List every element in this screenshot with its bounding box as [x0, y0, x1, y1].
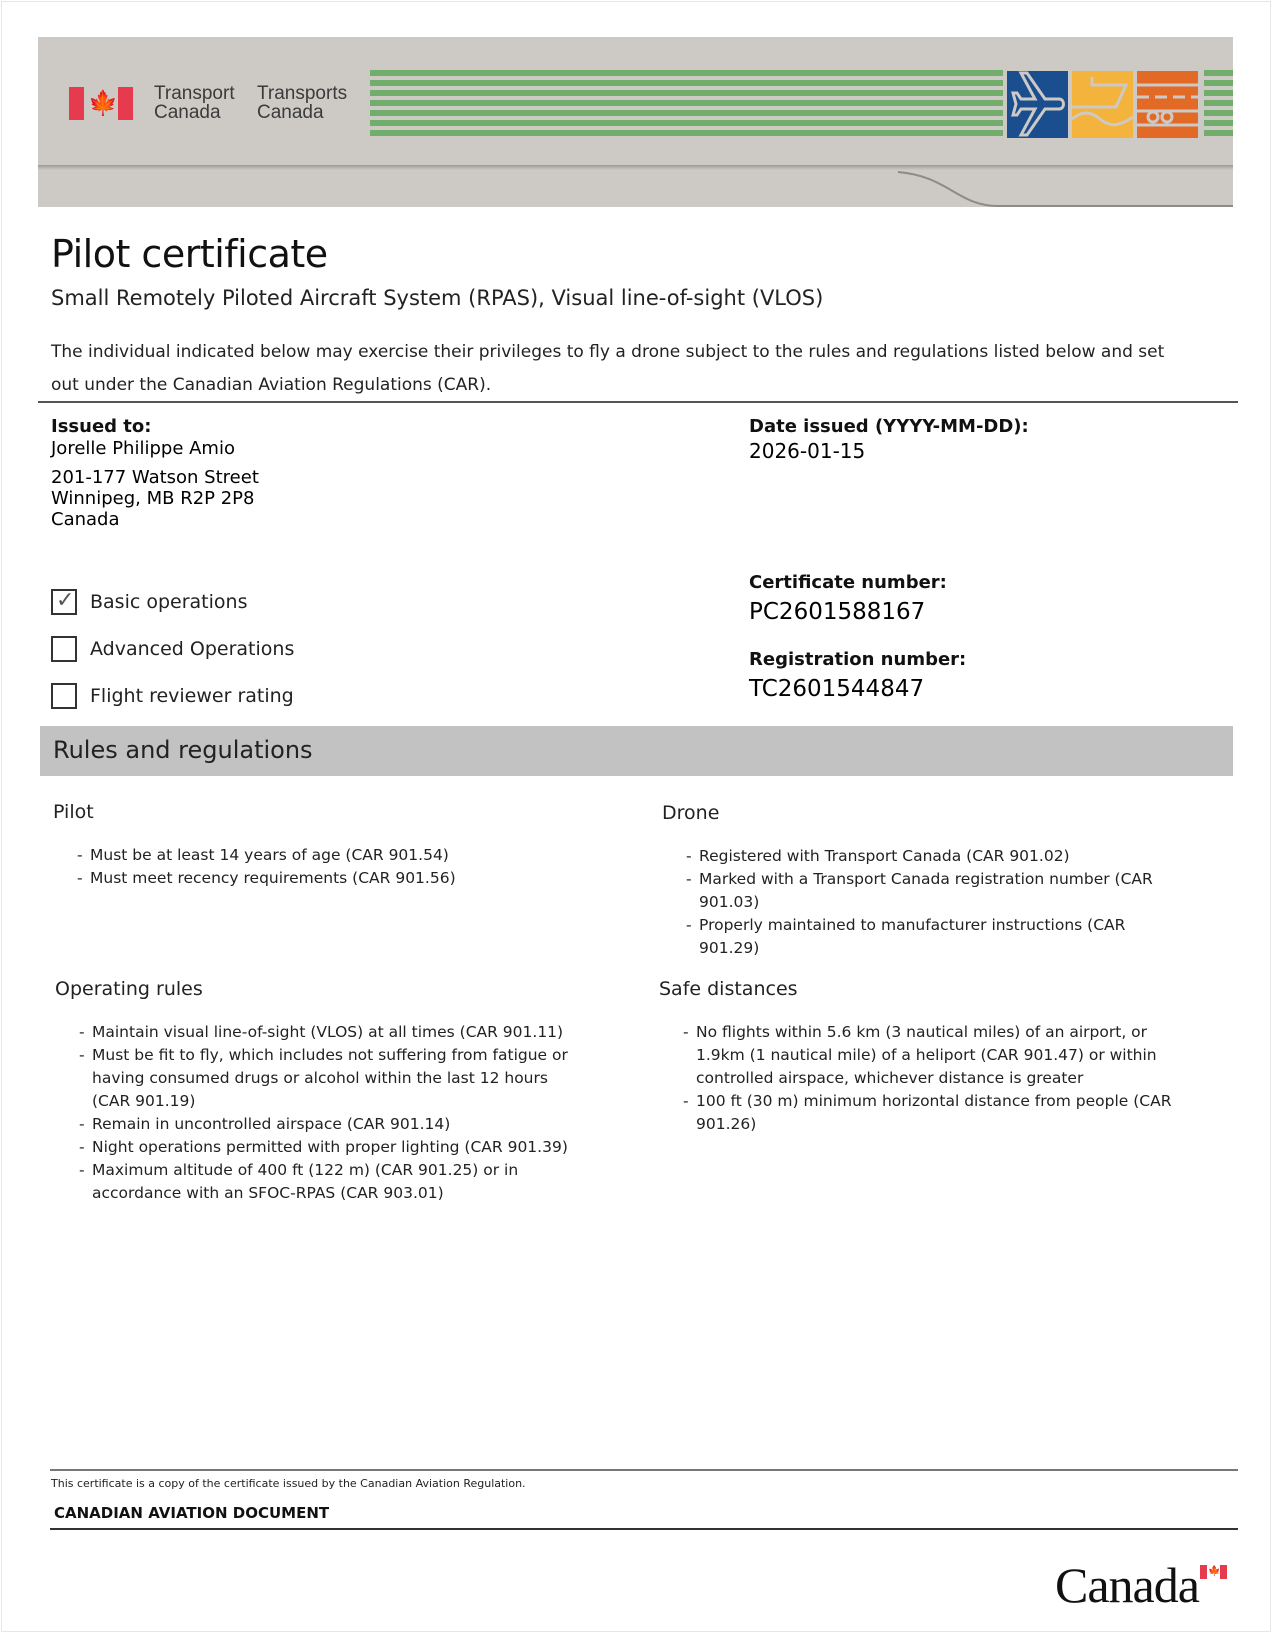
- checkbox[interactable]: [51, 636, 77, 662]
- checkbox-basic-operations[interactable]: ✓ Basic operations: [51, 578, 294, 625]
- operations-checklist: ✓ Basic operations Advanced Operations F…: [51, 578, 294, 719]
- registration-number-label: Registration number:: [749, 649, 966, 671]
- certificate-number-label: Certificate number:: [749, 572, 947, 594]
- canada-flag-icon: 🍁: [69, 87, 133, 120]
- list-item: Night operations permitted with proper l…: [55, 1136, 575, 1159]
- page-subtitle: Small Remotely Piloted Aircraft System (…: [51, 285, 823, 311]
- intro-paragraph: The individual indicated below may exerc…: [51, 336, 1191, 402]
- holder-name: Jorelle Philippe Amio: [51, 438, 259, 459]
- date-issued-value: 2026-01-15: [749, 439, 1029, 463]
- list-item: Maintain visual line-of-sight (VLOS) at …: [55, 1021, 575, 1044]
- checkmark-icon: ✓: [56, 588, 74, 614]
- issued-to-label: Issued to:: [51, 416, 259, 438]
- section-heading: Safe distances: [659, 977, 1179, 1001]
- ship-icon: [1072, 71, 1133, 138]
- section-drone: Drone Registered with Transport Canada (…: [662, 801, 1182, 960]
- airplane-icon: [1007, 71, 1068, 138]
- section-heading: Operating rules: [55, 977, 575, 1001]
- green-stripes-right: [1204, 70, 1233, 140]
- rule-list: Registered with Transport Canada (CAR 90…: [662, 845, 1182, 960]
- list-item: Remain in uncontrolled airspace (CAR 901…: [55, 1113, 575, 1136]
- issued-to-block: Issued to: Jorelle Philippe Amio 201-177…: [51, 416, 259, 530]
- holder-address: 201-177 Watson Street Winnipeg, MB R2P 2…: [51, 467, 259, 530]
- rule-list: Maintain visual line-of-sight (VLOS) at …: [55, 1021, 575, 1205]
- document-type: CANADIAN AVIATION DOCUMENT: [54, 1503, 329, 1523]
- list-item: Registered with Transport Canada (CAR 90…: [662, 845, 1182, 868]
- list-item: Properly maintained to manufacturer inst…: [662, 914, 1182, 960]
- section-heading: Drone: [662, 801, 1182, 825]
- green-stripes: [370, 70, 1003, 140]
- section-pilot: Pilot Must be at least 14 years of age (…: [53, 800, 573, 890]
- divider: [38, 401, 1238, 403]
- rule-list: No flights within 5.6 km (3 nautical mil…: [659, 1021, 1179, 1136]
- banner-curve: [38, 170, 1233, 210]
- list-item: Maximum altitude of 400 ft (122 m) (CAR …: [55, 1159, 575, 1205]
- footer-divider-bottom: [50, 1528, 1238, 1530]
- list-item: No flights within 5.6 km (3 nautical mil…: [659, 1021, 1179, 1090]
- checkbox-flight-reviewer-rating[interactable]: Flight reviewer rating: [51, 672, 294, 719]
- department-name-en: Transport Canada: [154, 84, 235, 122]
- department-name-fr: Transports Canada: [257, 84, 347, 122]
- section-heading: Pilot: [53, 800, 573, 824]
- train-icon: [1137, 71, 1198, 138]
- footer-disclaimer: This certificate is a copy of the certif…: [51, 1477, 526, 1491]
- checkbox[interactable]: [51, 683, 77, 709]
- checkbox[interactable]: ✓: [51, 589, 77, 615]
- list-item: Marked with a Transport Canada registrat…: [662, 868, 1182, 914]
- page-title: Pilot certificate: [51, 232, 328, 276]
- section-safe-distances: Safe distances No flights within 5.6 km …: [659, 977, 1179, 1136]
- date-issued-block: Date issued (YYYY-MM-DD): 2026-01-15: [749, 416, 1029, 463]
- list-item: Must be fit to fly, which includes not s…: [55, 1044, 575, 1113]
- certificate-number-value: PC2601588167: [749, 597, 947, 627]
- rules-title: Rules and regulations: [53, 735, 313, 765]
- rules-header-bar: Rules and regulations: [40, 726, 1233, 776]
- registration-number-block: Registration number: TC2601544847: [749, 649, 966, 704]
- date-issued-label: Date issued (YYYY-MM-DD):: [749, 416, 1029, 438]
- wordmark-flag-icon: 🍁: [1200, 1565, 1227, 1579]
- certificate-number-block: Certificate number: PC2601588167: [749, 572, 947, 627]
- list-item: 100 ft (30 m) minimum horizontal distanc…: [659, 1090, 1179, 1136]
- checkbox-advanced-operations[interactable]: Advanced Operations: [51, 625, 294, 672]
- section-operating-rules: Operating rules Maintain visual line-of-…: [55, 977, 575, 1205]
- rule-list: Must be at least 14 years of age (CAR 90…: [53, 844, 573, 890]
- list-item: Must be at least 14 years of age (CAR 90…: [53, 844, 573, 867]
- canada-wordmark: Canada: [1055, 1558, 1199, 1612]
- footer-divider: [50, 1469, 1238, 1471]
- list-item: Must meet recency requirements (CAR 901.…: [53, 867, 573, 890]
- registration-number-value: TC2601544847: [749, 674, 966, 704]
